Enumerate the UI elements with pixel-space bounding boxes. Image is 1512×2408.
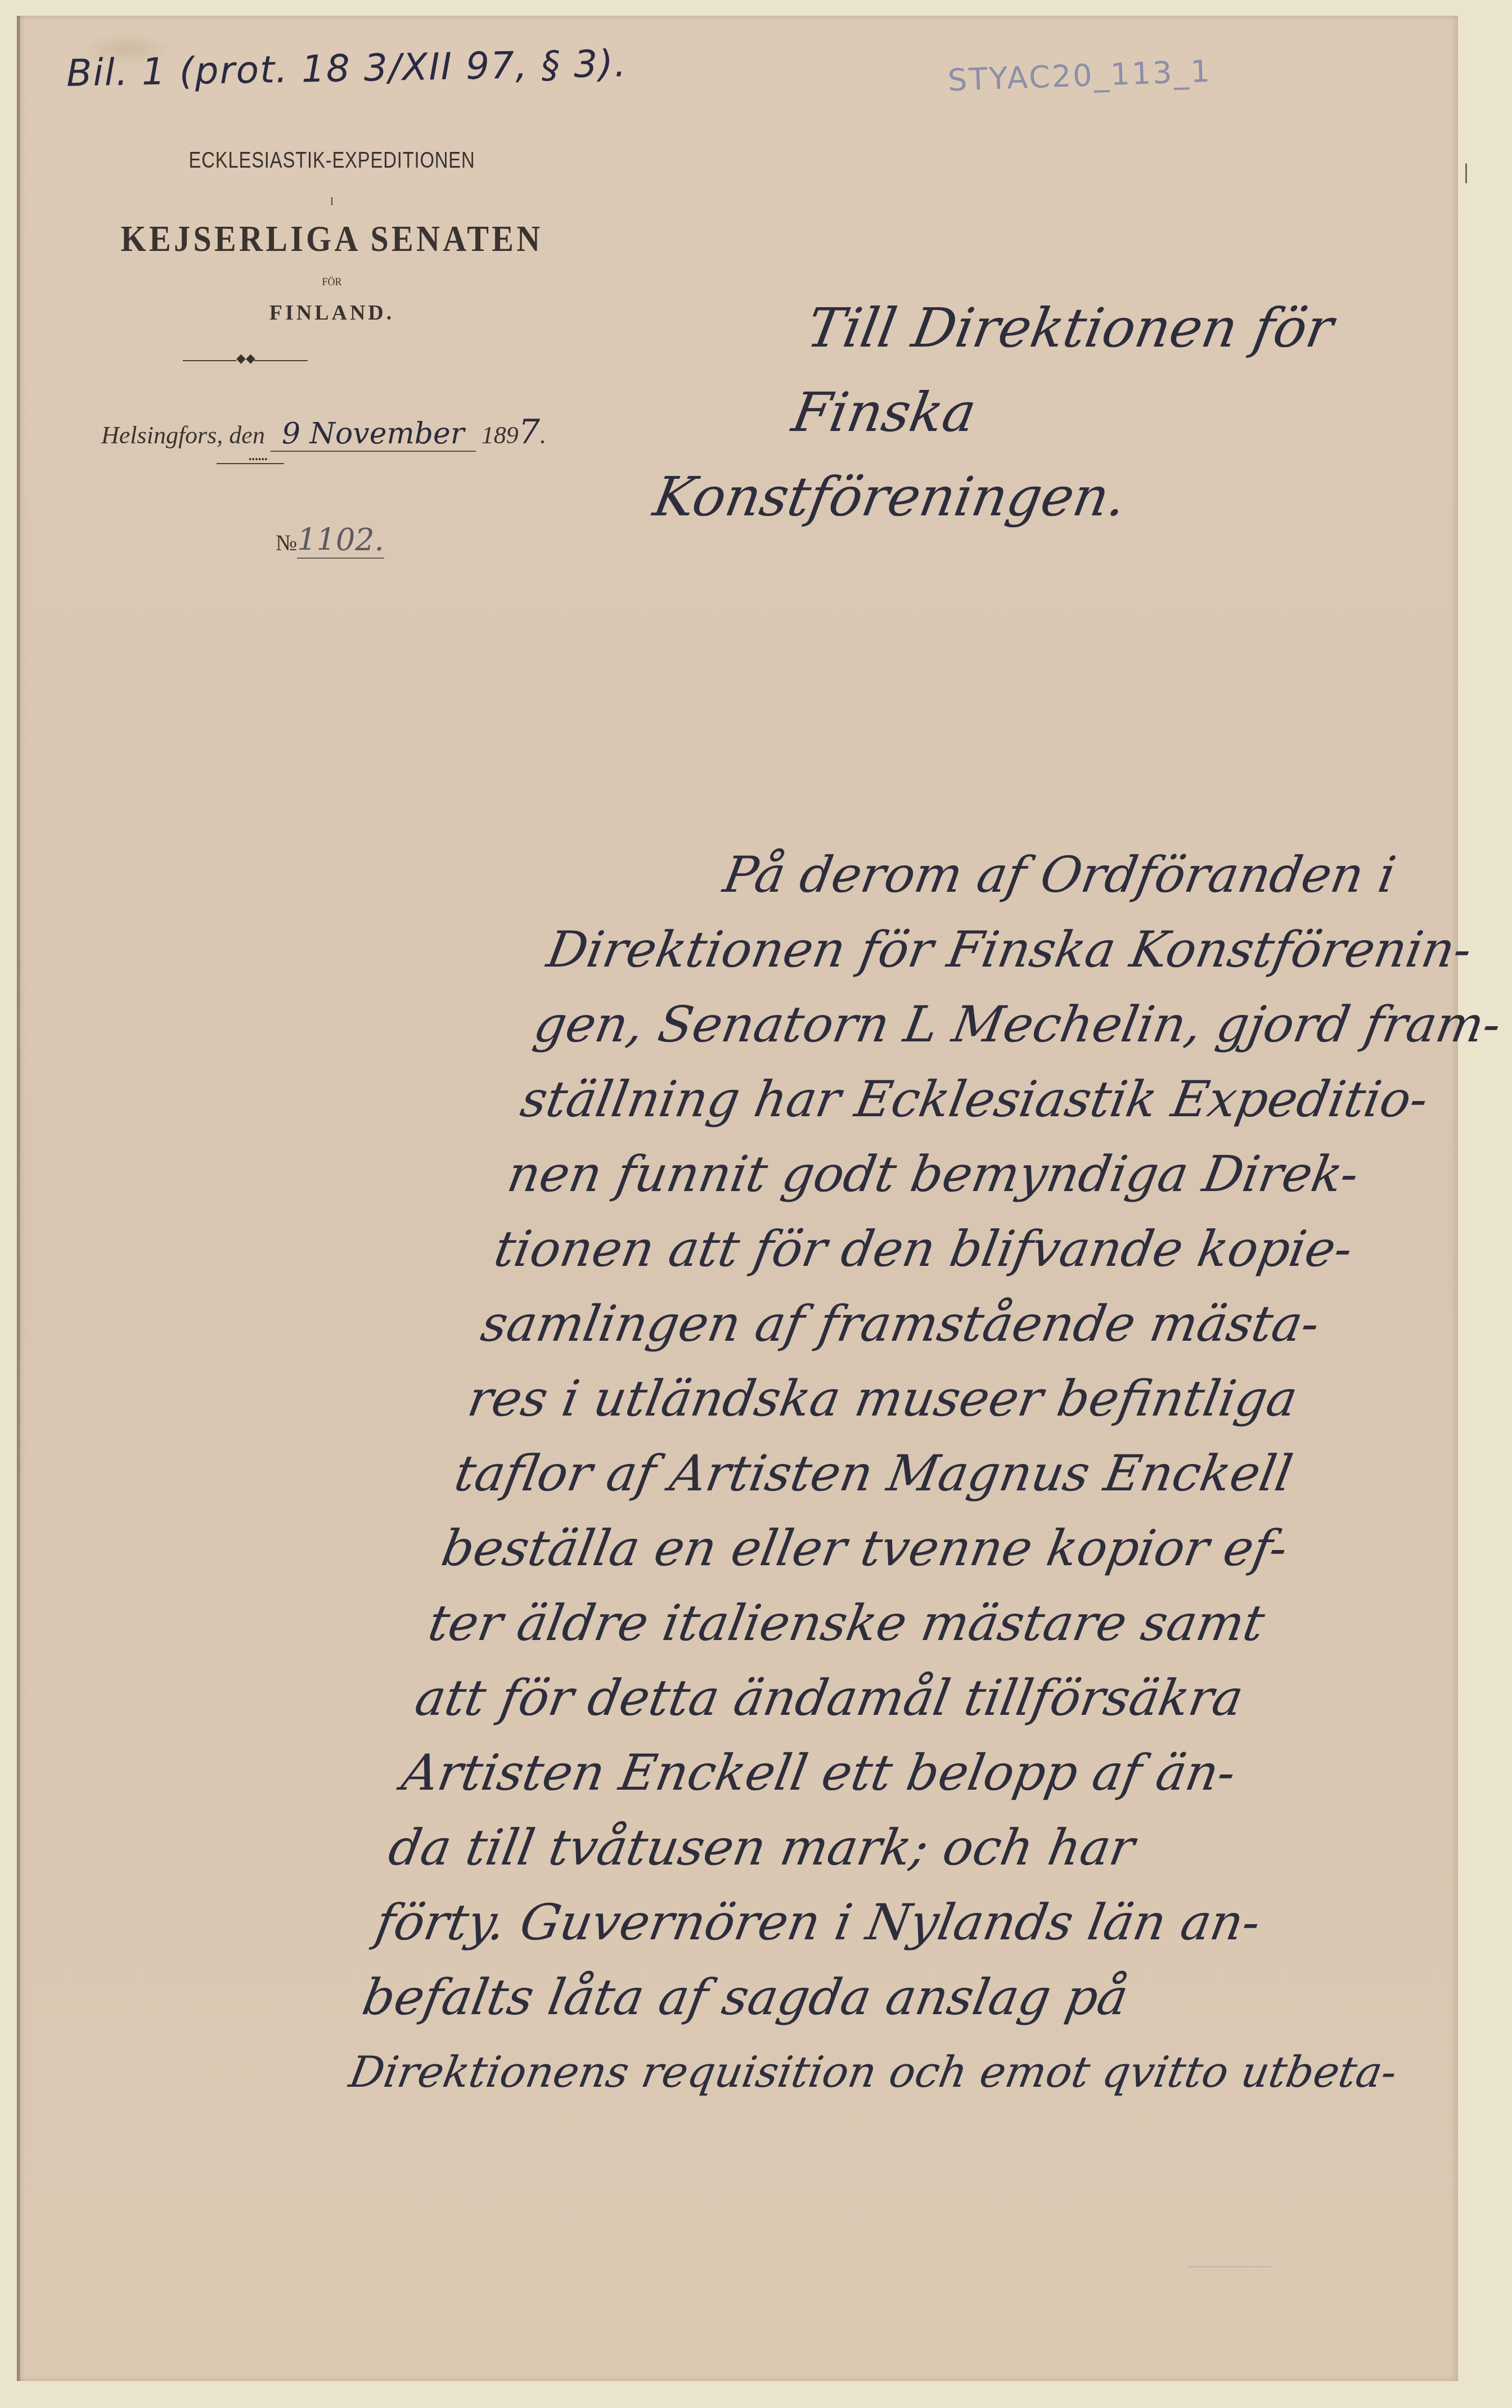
faint-bleedthrough-mark [1187,2266,1271,2267]
body-line: att för detta ändamål tillförsäkra [409,1660,1446,1735]
dateline-period: . [540,421,546,449]
archival-reference-annotation: Bil. 1 (prot. 18 3/XII 97, § 3). [66,42,627,95]
letterhead-preposition: FÖR [90,276,574,288]
letterhead-country: FINLAND. [90,300,574,325]
dateline-year-handwritten: 7 [519,412,540,452]
body-line: befalts låta af sagda anslag på [357,1960,1393,2034]
body-line: På derom af Ordföranden i [555,837,1512,912]
document-number: №1102. [276,522,384,558]
dateline: Helsingfors, den9 November1897. [101,412,607,452]
body-line: Direktionen för Finska Konstförenin- [541,912,1512,987]
body-line: Direktionens requisition och emot qvitto… [344,2034,1380,2109]
body-line: da till tvåtusen mark; och har [383,1810,1420,1885]
letterhead: ECKLESIASTIK-EXPEDITIONEN I KEJSERLIGA S… [90,148,574,325]
dot-ornament-icon: •••••• [249,455,268,465]
body-line: gen, Senatorn L Mechelin, gjord fram- [528,987,1512,1062]
body-line: samlingen af framstående mästa- [475,1286,1512,1361]
number-value: 1102. [297,522,384,559]
document-page: Bil. 1 (prot. 18 3/XII 97, § 3). STYAC20… [17,16,1458,2381]
body-line: taflor af Artisten Magnus Enckell [449,1436,1486,1511]
body-line: ställning har Ecklesiastik Expeditio- [515,1062,1512,1136]
letterhead-department: ECKLESIASTIK-EXPEDITIONEN [133,148,530,173]
letter-body: På derom af Ordföranden i Direktionen fö… [344,837,1512,2109]
body-line: förty. Guvernören i Nylands län an- [370,1885,1407,1960]
number-prefix: № [276,530,297,555]
recipient-address: Till Direktionen för Finska Konstförenin… [647,286,1501,539]
dateline-year-printed: 189 [481,421,519,449]
ink-speck [1465,163,1467,183]
body-line: ter äldre italienske mästare samt [422,1585,1459,1660]
diamond-ornament-icon: ◆◆ [236,351,255,366]
address-line-1: Till Direktionen för Finska [662,286,1502,455]
dateline-place: Helsingfors, den [101,421,265,449]
address-line-2: Konstföreningen. [647,455,1471,539]
body-line: res i utländska museer befintliga [462,1361,1499,1436]
letterhead-conjunction: I [90,196,574,208]
dateline-day-month: 9 November [271,417,476,452]
body-line: Artisten Enckell ett belopp af än- [396,1735,1433,1810]
body-line: beställa en eller tvenne kopior ef- [436,1511,1473,1585]
archive-id-pencil: STYAC20_113_1 [947,53,1212,98]
body-line: tionen att för den blifvande kopie- [489,1211,1512,1286]
letterhead-institution: KEJSERLIGA SENATEN [119,218,545,260]
body-line: nen funnit godt bemyndiga Direk- [502,1136,1512,1211]
